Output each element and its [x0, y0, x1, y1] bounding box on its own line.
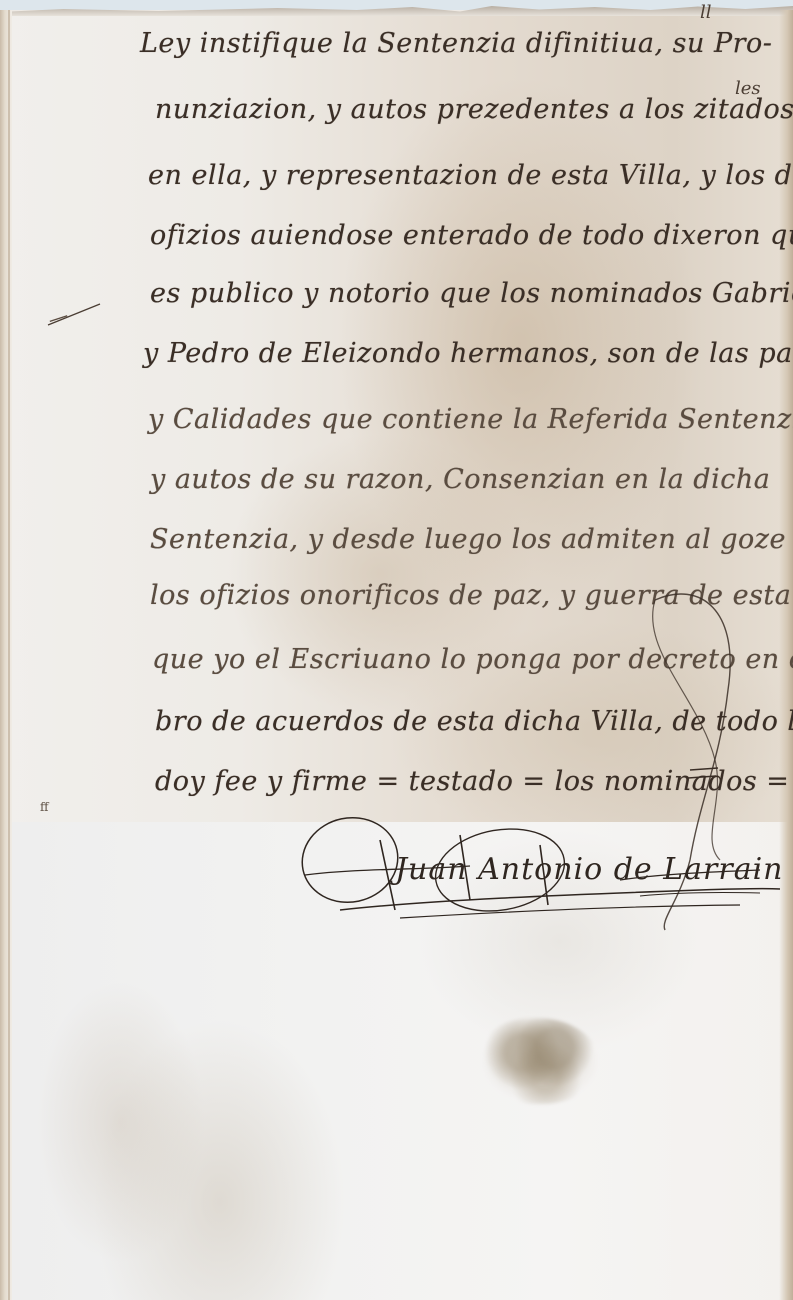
manuscript-line-3: en ella, y representazion de esta Villa,… [148, 160, 793, 191]
manuscript-line-1: Ley instifique la Sentenzia difinitiua, … [140, 28, 772, 59]
manuscript-text: Ley instifique la Sentenzia difinitiua, … [0, 0, 793, 1300]
manuscript-line-5: es publico y notorio que los nominados G… [150, 278, 793, 309]
manuscript-line-7: y Calidades que contiene la Referida Sen… [148, 404, 793, 435]
manuscript-line-2: nunziazion, y autos prezedentes a los zi… [155, 94, 793, 125]
margin-mark: ff [40, 800, 49, 814]
manuscript-line-8: y autos de su razon, Consenzian en la di… [150, 464, 770, 495]
manuscript-line-12: bro de acuerdos de esta dicha Villa, de … [155, 706, 793, 737]
manuscript-line-4: ofizios auiendose enterado de todo dixer… [150, 220, 793, 251]
manuscript-page: Ley instifique la Sentenzia difinitiua, … [0, 0, 793, 1300]
manuscript-line-9: Sentenzia, y desde luego los admiten al … [150, 524, 793, 555]
manuscript-line-10: los ofizios onorificos de paz, y guerra … [150, 580, 793, 611]
signature: Juan Antonio de Larrain [395, 852, 784, 887]
manuscript-line-6: y Pedro de Eleizondo hermanos, son de la… [143, 338, 793, 369]
interlinear-insertion: ll [700, 2, 712, 23]
manuscript-line-13: doy fee y firme = testado = los nominado… [155, 766, 789, 797]
margin-mark: — [45, 302, 71, 331]
manuscript-line-11: que yo el Escriuano lo ponga por decreto… [152, 644, 793, 675]
